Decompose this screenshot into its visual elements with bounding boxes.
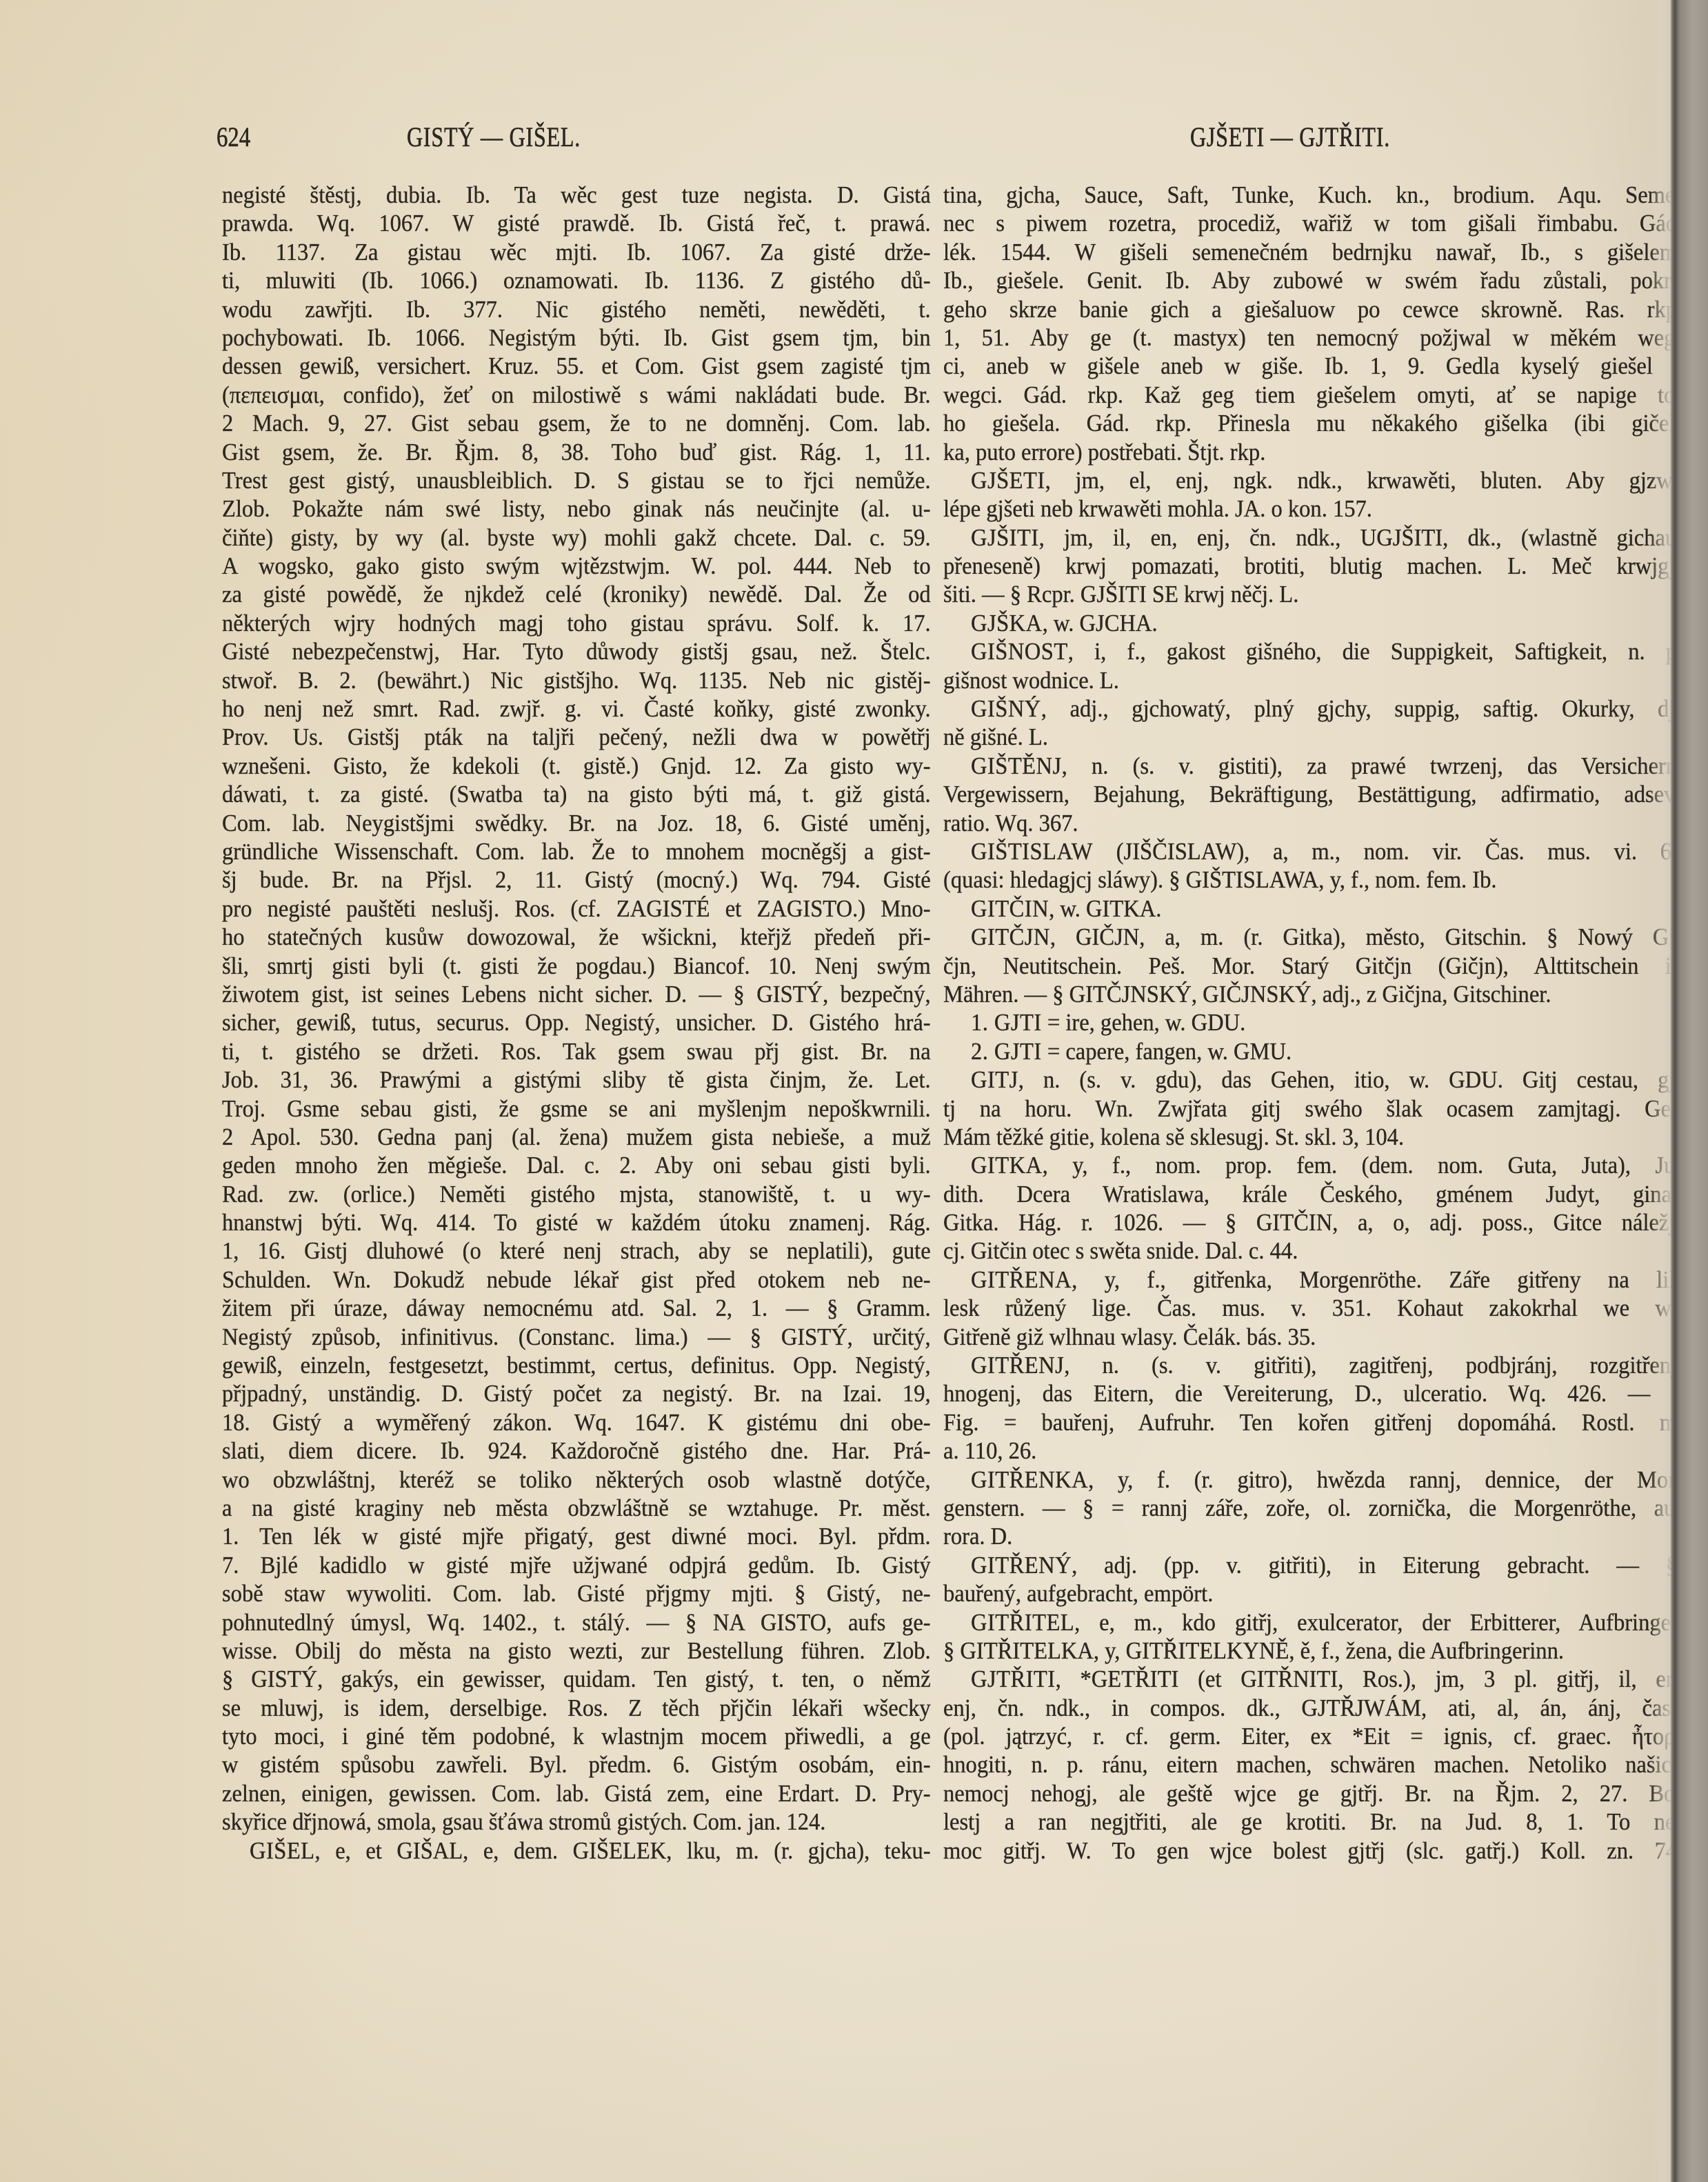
line-text: 7. Bjlé kadidlo w gisté mjře užjwané odp… xyxy=(222,1552,931,1579)
text-line: Zlob. Pokažte nám swé listy, nebo ginak … xyxy=(222,494,931,523)
line-text: lesk růžený lige. Čas. mus. v. 351. Koha… xyxy=(943,1294,1682,1321)
text-line: GITČIN, w. GITKA. xyxy=(943,894,1682,923)
line-text: dessen gewiß, versichert. Kruz. 55. et C… xyxy=(222,352,931,379)
text-line: genstern. — § = rannj záře, zoře, ol. zo… xyxy=(943,1494,1682,1522)
dictionary-entry: GITŘENKA, y, f. (r. gitro), hwězda rannj… xyxy=(943,1465,1682,1551)
text-line: šiti. — § Rcpr. GJŠITI SE krwj něčj. L. xyxy=(943,580,1682,608)
dictionary-entry: GJŠITI, jm, il, en, enj, čn. ndk., UGJŠI… xyxy=(943,523,1682,609)
line-text: w gistém spůsobu zawřeli. Byl. předm. 6.… xyxy=(222,1751,931,1778)
line-text: negisté štěstj, dubia. Ib. Ta wěc gest t… xyxy=(222,181,931,208)
text-line: tina, gjcha, Sauce, Saft, Tunke, Kuch. k… xyxy=(943,181,1682,209)
line-text: a na gisté kraginy neb města obzwláštně … xyxy=(222,1494,931,1521)
text-line: lépe gjšeti neb krwawěti mohla. JA. o ko… xyxy=(943,494,1682,523)
text-line: gewiß, einzeln, festgesetzt, bestimmt, c… xyxy=(222,1351,931,1379)
text-line: pro negisté pauštěti neslušj. Ros. (cf. … xyxy=(222,894,931,923)
line-text: , GIČJN, a, m. (r. Gitka), město, Gitsch… xyxy=(1050,923,1682,950)
line-text: (πεπεισμαι, confido), žeť on milostiwě s… xyxy=(222,381,931,408)
line-text: gišnost wodnice. L. xyxy=(943,667,1119,694)
line-text: , jm, el, enj, ngk. ndk., krwawěti, blut… xyxy=(1045,467,1683,494)
dictionary-entry: GITKA, y, f., nom. prop. fem. (dem. nom.… xyxy=(943,1151,1682,1265)
line-text: ho statečných kusůw dowozowal, že wšickn… xyxy=(222,923,931,950)
headword: 1. GJTI xyxy=(971,1009,1042,1036)
text-line: wodu zawřjti. Ib. 377. Nic gistého nemět… xyxy=(222,295,931,323)
dictionary-entry: GJTŘITI, *GETŘITI (et GITŘNITI, Ros.), j… xyxy=(943,1665,1682,1865)
line-text: 2 Mach. 9, 27. Gist sebau gsem, že to ne… xyxy=(222,410,931,437)
headword: GITČIN xyxy=(971,895,1049,922)
page-number: 624 xyxy=(217,121,250,153)
line-text: (pol. jątrzyć, r. cf. germ. Eiter, ex *E… xyxy=(943,1723,1682,1750)
text-line: wo obzwláštnj, kteréž se toliko některýc… xyxy=(222,1465,931,1494)
text-line: 2 Apol. 530. Gedna panj (al. žena) mužem… xyxy=(222,1123,931,1151)
line-text: a. 110, 26. xyxy=(943,1437,1036,1464)
line-text: šj bude. Br. na Přjsl. 2, 11. Gistý (moc… xyxy=(222,866,931,893)
line-text: = capere, fangen, w. GMU. xyxy=(1042,1038,1292,1065)
line-text: bauřený, aufgebracht, empört. xyxy=(943,1580,1213,1607)
line-text: ka, puto errore) postřebati. Štjt. rkp. xyxy=(943,439,1265,466)
headword: GIŠTISLAW xyxy=(971,838,1093,865)
line-text: ci, aneb w gišele aneb w giše. Ib. 1, 9.… xyxy=(943,352,1682,379)
line-text: Job. 31, 36. Prawými a gistými sliby tě … xyxy=(222,1066,931,1093)
line-text: čjn, Neutitschein. Peš. Mor. Starý Gitčj… xyxy=(943,952,1682,979)
text-line: skyřice dřjnowá, smola, gsau šťáwa strom… xyxy=(222,1808,931,1836)
line-text: tyto moci, i giné těm podobné, k wlastnj… xyxy=(222,1723,931,1750)
text-line: ně gišné. L. xyxy=(943,723,1682,751)
line-text: 1, 16. Gistj dluhowé (o které nenj strac… xyxy=(222,1237,931,1264)
headword: GITKA xyxy=(971,1152,1043,1179)
text-line: tj na horu. Wn. Zwjřata gitj swého šlak … xyxy=(943,1094,1682,1123)
text-line: GITČJN, GIČJN, a, m. (r. Gitka), město, … xyxy=(943,923,1682,951)
dictionary-entry: GJŠETI, jm, el, enj, ngk. ndk., krwawěti… xyxy=(943,466,1682,523)
line-text: , i, f., gakost gišného, die Suppigkeit,… xyxy=(1068,638,1683,665)
line-text: , n. (s. v. gitřiti), zagitřenj, podbjrá… xyxy=(1064,1352,1682,1379)
text-line: Job. 31, 36. Prawými a gistými sliby tě … xyxy=(222,1065,931,1094)
line-text: rora. D. xyxy=(943,1523,1012,1550)
dictionary-entry: GITŘENJ, n. (s. v. gitřiti), zagitřenj, … xyxy=(943,1351,1682,1465)
text-line: Schulden. Wn. Dokudž nebude lékař gist p… xyxy=(222,1265,931,1294)
line-text: = ire, gehen, w. GDU. xyxy=(1042,1009,1246,1036)
line-text: , adj., gjchowatý, plný gjchy, suppig, s… xyxy=(1041,695,1683,722)
line-text: čiňte) gisty, by wy (al. byste wy) mohli… xyxy=(222,524,931,551)
text-line: sobě staw wywoliti. Com. lab. Gisté přjg… xyxy=(222,1579,931,1608)
line-text: Ib., giešele. Genit. Ib. Aby zubowé w sw… xyxy=(943,267,1682,294)
line-text: ho nenj než smrt. Rad. zwjř. g. vi. Čast… xyxy=(222,695,931,722)
text-line: 2. GJTI = capere, fangen, w. GMU. xyxy=(943,1037,1682,1065)
line-text: nec s piwem rozetra, procediž, wařiž w t… xyxy=(943,210,1682,237)
line-text: 1. Ten lék w gisté mjře přigatý, gest di… xyxy=(222,1523,931,1550)
text-line: gišnost wodnice. L. xyxy=(943,666,1682,694)
line-text: Gisté nebezpečenstwj, Har. Tyto důwody g… xyxy=(222,638,931,665)
line-text: přeneseně) krwj pomazati, brotiti, bluti… xyxy=(943,552,1682,579)
text-line: gründliche Wissenschaft. Com. lab. Že to… xyxy=(222,837,931,865)
dictionary-entry: GIŠEL, e, et GIŠAL, e, dem. GIŠELEK, lku… xyxy=(222,1836,931,1865)
text-line: geho skrze banie gich a giešaluow po cew… xyxy=(943,295,1682,323)
line-text: , *GETŘITI (et GITŘNITI, Ros.), jm, 3 pl… xyxy=(1056,1665,1683,1692)
text-line: Mám těžké gitie, kolena sě sklesugj. St.… xyxy=(943,1123,1682,1151)
line-text: sicher, gewiß, tutus, securus. Opp. Negi… xyxy=(222,1009,931,1036)
line-text: Prov. Us. Gistšj pták na taljři pečený, … xyxy=(222,723,931,750)
headword: GJŠITI xyxy=(971,524,1039,551)
text-line: stwoř. B. 2. (bewährt.) Nic gistšjho. Wq… xyxy=(222,666,931,694)
dictionary-entry: GITČJN, GIČJN, a, m. (r. Gitka), město, … xyxy=(943,923,1682,1008)
line-text: nemocj nehogj, ale geště wjce ge gjtřj. … xyxy=(943,1780,1682,1807)
line-text: Troj. Gsme sebau gisti, že gsme se ani m… xyxy=(222,1095,931,1122)
line-text: § GITŘITELKA, y, GITŘITELKYNĚ, ě, f., že… xyxy=(943,1637,1564,1664)
line-text: lék. 1544. W gišeli semenečném bedrnjku … xyxy=(943,239,1682,266)
text-line: § GISTÝ, gakýs, ein gewisser, quidam. Te… xyxy=(222,1665,931,1693)
line-text: přjpadný, unständig. D. Gistý počet za n… xyxy=(222,1380,931,1407)
headword: GIŠNOST xyxy=(971,638,1068,665)
line-text: Gitka. Hág. r. 1026. — § GITČIN, a, o, a… xyxy=(943,1209,1682,1236)
line-text: ně gišné. L. xyxy=(943,723,1048,750)
dictionary-entry: 2. GJTI = capere, fangen, w. GMU. xyxy=(943,1037,1682,1065)
line-text: , y, f. (r. gitro), hwězda rannj, dennic… xyxy=(1088,1466,1682,1493)
text-line: enj, čn. ndk., in compos. dk., GJTŘJWÁM,… xyxy=(943,1694,1682,1722)
text-line: Ib., giešele. Genit. Ib. Aby zubowé w sw… xyxy=(943,266,1682,294)
text-line: § GITŘITELKA, y, GITŘITELKYNĚ, ě, f., že… xyxy=(943,1636,1682,1665)
text-line: Gisté nebezpečenstwj, Har. Tyto důwody g… xyxy=(222,637,931,665)
text-line: negisté štěstj, dubia. Ib. Ta wěc gest t… xyxy=(222,181,931,209)
text-line: GITJ, n. (s. v. gdu), das Gehen, itio, w… xyxy=(943,1065,1682,1094)
text-line: čjn, Neutitschein. Peš. Mor. Starý Gitčj… xyxy=(943,952,1682,980)
line-text: wodu zawřjti. Ib. 377. Nic gistého nemět… xyxy=(222,296,931,323)
text-line: 2 Mach. 9, 27. Gist sebau gsem, že to ne… xyxy=(222,409,931,437)
text-line: žiwotem gist, ist seines Lebens nicht si… xyxy=(222,980,931,1008)
line-text: , w. GITKA. xyxy=(1049,895,1161,922)
line-text: Gist gsem, že. Br. Řjm. 8, 38. Toho buď … xyxy=(222,439,931,466)
text-line: nec s piwem rozetra, procediž, wařiž w t… xyxy=(943,209,1682,237)
headword: 2. GJTI xyxy=(971,1038,1042,1065)
headword: GJTŘITI xyxy=(971,1665,1056,1692)
line-text: za gisté powědě, že njkdež celé (kroniky… xyxy=(222,581,931,608)
text-line: (quasi: hledagjcj sláwy). § GIŠTISLAWA, … xyxy=(943,865,1682,894)
line-text: § GISTÝ, gakýs, ein gewisser, quidam. Te… xyxy=(222,1665,931,1692)
line-text: dith. Dcera Wratislawa, krále Českého, g… xyxy=(943,1181,1682,1208)
text-line: a. 110, 26. xyxy=(943,1437,1682,1465)
text-line: lék. 1544. W gišeli semenečném bedrnjku … xyxy=(943,238,1682,266)
line-text: geden mnoho žen měgieše. Dal. c. 2. Aby … xyxy=(222,1152,931,1179)
text-line: Vergewissern, Bejahung, Bekräftigung, Be… xyxy=(943,780,1682,808)
text-line: ratio. Wq. 367. xyxy=(943,809,1682,837)
line-text: A wogsko, gako gisto swým wjtězstwjm. W.… xyxy=(222,552,931,579)
text-line: Ib. 1137. Za gistau wěc mjti. Ib. 1067. … xyxy=(222,238,931,266)
text-line: ho statečných kusůw dowozowal, že wšickn… xyxy=(222,923,931,951)
line-text: , jm, il, en, enj, čn. ndk., UGJŠITI, dk… xyxy=(1039,524,1683,551)
text-line: Rad. zw. (orlice.) Neměti gistého mjsta,… xyxy=(222,1180,931,1208)
text-line: (pol. jątrzyć, r. cf. germ. Eiter, ex *E… xyxy=(943,1722,1682,1750)
headword: GIŠEL xyxy=(250,1837,315,1864)
line-text: lépe gjšeti neb krwawěti mohla. JA. o ko… xyxy=(943,495,1372,522)
text-line: geden mnoho žen měgieše. Dal. c. 2. Aby … xyxy=(222,1151,931,1179)
line-text: sobě staw wywoliti. Com. lab. Gisté přjg… xyxy=(222,1580,931,1607)
text-line: Gist gsem, že. Br. Řjm. 8, 38. Toho buď … xyxy=(222,438,931,466)
text-line: 1. Ten lék w gisté mjře přigatý, gest di… xyxy=(222,1522,931,1550)
text-line: se mluwj, is idem, derselbige. Ros. Z tě… xyxy=(222,1694,931,1722)
text-line: rora. D. xyxy=(943,1522,1682,1550)
text-line: hnogiti, n. p. ránu, eitern machen, schw… xyxy=(943,1750,1682,1779)
text-line: ka, puto errore) postřebati. Štjt. rkp. xyxy=(943,438,1682,466)
dictionary-entry: GIŠTISLAW (JIŠČISLAW), a, m., nom. vir. … xyxy=(943,837,1682,894)
line-text: genstern. — § = rannj záře, zoře, ol. zo… xyxy=(943,1494,1682,1521)
text-line: wisse. Obilj do města na gisto wezti, zu… xyxy=(222,1636,931,1665)
text-line: šli, smrtj gisti byli (t. gisti že pogda… xyxy=(222,952,931,980)
line-text: některých wjry hodných magj toho gistau … xyxy=(222,610,931,637)
text-line: pochybowati. Ib. 1066. Negistým býti. Ib… xyxy=(222,323,931,352)
headword: GITŘENA xyxy=(971,1266,1072,1293)
dictionary-entry: 1. GJTI = ire, gehen, w. GDU. xyxy=(943,1008,1682,1037)
dictionary-entry: GITŘENÝ, adj. (pp. v. gitřiti), in Eiter… xyxy=(943,1551,1682,1608)
line-text: 18. Gistý a wyměřený zákon. Wq. 1647. K … xyxy=(222,1409,931,1436)
line-text: , y, f., nom. prop. fem. (dem. nom. Guta… xyxy=(1043,1152,1683,1179)
dictionary-entry: negisté štěstj, dubia. Ib. Ta wěc gest t… xyxy=(222,181,931,1836)
text-line: nemocj nehogj, ale geště wjce ge gjtřj. … xyxy=(943,1779,1682,1808)
text-line: dáwati, t. za gisté. (Swatba ta) na gist… xyxy=(222,780,931,808)
text-line: a na gisté kraginy neb města obzwláštně … xyxy=(222,1494,931,1522)
text-line: wznešeni. Gisto, že kdekoli (t. gistě.) … xyxy=(222,752,931,780)
dictionary-entry: GIŠNÝ, adj., gjchowatý, plný gjchy, supp… xyxy=(943,694,1682,752)
text-line: zelnen, einigen, gewissen. Com. lab. Gis… xyxy=(222,1779,931,1808)
text-line: tyto moci, i giné těm podobné, k wlastnj… xyxy=(222,1722,931,1750)
line-text: , y, f., gitřenka, Morgenröthe. Záře git… xyxy=(1072,1266,1682,1293)
text-line: A wogsko, gako gisto swým wjtězstwjm. W.… xyxy=(222,552,931,580)
text-line: hnogenj, das Eitern, die Vereiterung, D.… xyxy=(943,1379,1682,1408)
left-column: negisté štěstj, dubia. Ib. Ta wěc gest t… xyxy=(222,181,931,1865)
line-text: ratio. Wq. 367. xyxy=(943,810,1078,837)
headword: GITŘITEL xyxy=(971,1609,1074,1636)
text-line: (πεπεισμαι, confido), žeť on milostiwě s… xyxy=(222,381,931,409)
text-line: lesk růžený lige. Čas. mus. v. 351. Koha… xyxy=(943,1294,1682,1322)
text-line: Gitka. Hág. r. 1026. — § GITČIN, a, o, a… xyxy=(943,1208,1682,1237)
line-text: slati, diem dicere. Ib. 924. Každoročně … xyxy=(222,1437,931,1464)
text-line: GIŠTĚNJ, n. (s. v. gistiti), za prawé tw… xyxy=(943,752,1682,780)
text-line: GJTŘITI, *GETŘITI (et GITŘNITI, Ros.), j… xyxy=(943,1665,1682,1693)
line-text: wo obzwláštnj, kteréž se toliko některýc… xyxy=(222,1466,931,1493)
running-header: 624 GISTÝ — GIŠEL. GJŠETI — GJTŘITI. xyxy=(0,121,1708,153)
right-column: tina, gjcha, Sauce, Saft, Tunke, Kuch. k… xyxy=(943,181,1682,1865)
page-binding-shadow xyxy=(1649,0,1708,2182)
line-text: 1, 51. Aby ge (t. mastyx) ten nemocný po… xyxy=(943,324,1682,351)
line-text: ti, t. gistého se držeti. Ros. Tak gsem … xyxy=(222,1038,931,1065)
line-text: pro negisté pauštěti neslušj. Ros. (cf. … xyxy=(222,895,931,922)
text-line: GIŠNÝ, adj., gjchowatý, plný gjchy, supp… xyxy=(943,694,1682,723)
text-line: slati, diem dicere. Ib. 924. Každoročně … xyxy=(222,1437,931,1465)
text-line: 1. GJTI = ire, gehen, w. GDU. xyxy=(943,1008,1682,1037)
text-line: 18. Gistý a wyměřený zákon. Wq. 1647. K … xyxy=(222,1408,931,1437)
text-line: ho nenj než smrt. Rad. zwjř. g. vi. Čast… xyxy=(222,694,931,723)
line-text: Ib. 1137. Za gistau wěc mjti. Ib. 1067. … xyxy=(222,239,931,266)
line-text: zelnen, einigen, gewissen. Com. lab. Gis… xyxy=(222,1780,931,1807)
line-text: gewiß, einzeln, festgesetzt, bestimmt, c… xyxy=(222,1352,931,1379)
running-head-left: GISTÝ — GIŠEL. xyxy=(407,121,581,153)
line-text: (quasi: hledagjcj sláwy). § GIŠTISLAWA, … xyxy=(943,866,1497,893)
line-text: geho skrze banie gich a giešaluow po cew… xyxy=(943,296,1682,323)
text-line: prawda. Wq. 1067. W gisté prawdě. Ib. Gi… xyxy=(222,209,931,237)
line-text: Rad. zw. (orlice.) Neměti gistého mjsta,… xyxy=(222,1181,931,1208)
text-line: w gistém spůsobu zawřeli. Byl. předm. 6.… xyxy=(222,1750,931,1779)
dictionary-entry: GJŠKA, w. GJCHA. xyxy=(943,609,1682,637)
line-text: enj, čn. ndk., in compos. dk., GJTŘJWÁM,… xyxy=(943,1694,1682,1721)
text-line: GITŘENÝ, adj. (pp. v. gitřiti), in Eiter… xyxy=(943,1551,1682,1579)
line-text: tj na horu. Wn. Zwjřata gitj swého šlak … xyxy=(943,1095,1682,1122)
text-line: Mähren. — § GITČJNSKÝ, GIČJNSKÝ, adj., z… xyxy=(943,980,1682,1008)
text-line: wegci. Gád. rkp. Kaž geg tiem giešelem o… xyxy=(943,381,1682,409)
line-text: Fig. = bauřenj, Aufruhr. Ten kořen gitře… xyxy=(943,1409,1682,1436)
line-text: šiti. — § Rcpr. GJŠITI SE krwj něčj. L. xyxy=(943,581,1298,608)
line-text: dáwati, t. za gisté. (Swatba ta) na gist… xyxy=(222,781,931,808)
line-text: Negistý způsob, infinitivus. (Constanc. … xyxy=(222,1323,931,1350)
headword: GITŘENKA xyxy=(971,1466,1088,1493)
text-line: GJŠKA, w. GJCHA. xyxy=(943,609,1682,637)
line-text: stwoř. B. 2. (bewährt.) Nic gistšjho. Wq… xyxy=(222,667,931,694)
text-line: některých wjry hodných magj toho gistau … xyxy=(222,609,931,637)
line-text: ti, mluwiti (Ib. 1066.) oznamowati. Ib. … xyxy=(222,267,931,294)
text-line: žitem při úraze, dáway nemocnému atd. Sa… xyxy=(222,1294,931,1322)
text-line: čiňte) gisty, by wy (al. byste wy) mohli… xyxy=(222,523,931,552)
text-line: dith. Dcera Wratislawa, krále Českého, g… xyxy=(943,1180,1682,1208)
headword: GITJ xyxy=(971,1066,1018,1093)
dictionary-entry: GITŘITEL, e, m., kdo gitřj, exulcerator,… xyxy=(943,1608,1682,1665)
text-line: 7. Bjlé kadidlo w gisté mjře užjwané odp… xyxy=(222,1551,931,1579)
dictionary-entry: GITJ, n. (s. v. gdu), das Gehen, itio, w… xyxy=(943,1065,1682,1151)
headword: GJŠKA xyxy=(971,610,1043,637)
text-line: pohnutedlný úmysl, Wq. 1402., t. stálý. … xyxy=(222,1608,931,1636)
text-line: GITŘITEL, e, m., kdo gitřj, exulcerator,… xyxy=(943,1608,1682,1636)
text-line: ci, aneb w gišele aneb w giše. Ib. 1, 9.… xyxy=(943,352,1682,380)
line-text: hnanstwj býti. Wq. 414. To gisté w každé… xyxy=(222,1209,931,1236)
text-line: Troj. Gsme sebau gisti, že gsme se ani m… xyxy=(222,1094,931,1123)
headword: GJŠETI xyxy=(971,467,1045,494)
line-text: Schulden. Wn. Dokudž nebude lékař gist p… xyxy=(222,1266,931,1293)
text-line: ho giešela. Gád. rkp. Přinesla mu někaké… xyxy=(943,409,1682,437)
text-line: přeneseně) krwj pomazati, brotiti, bluti… xyxy=(943,552,1682,580)
text-line: sicher, gewiß, tutus, securus. Opp. Negi… xyxy=(222,1008,931,1037)
line-text: ho giešela. Gád. rkp. Přinesla mu někaké… xyxy=(943,410,1682,437)
headword: GIŠTĚNJ xyxy=(971,752,1062,779)
text-line: GITŘENJ, n. (s. v. gitřiti), zagitřenj, … xyxy=(943,1351,1682,1379)
dictionary-entry: tina, gjcha, Sauce, Saft, Tunke, Kuch. k… xyxy=(943,181,1682,466)
headword: GITČJN xyxy=(971,923,1050,950)
text-line: dessen gewiß, versichert. Kruz. 55. et C… xyxy=(222,352,931,380)
text-line: Fig. = bauřenj, Aufruhr. Ten kořen gitře… xyxy=(943,1408,1682,1437)
text-line: GIŠTISLAW (JIŠČISLAW), a, m., nom. vir. … xyxy=(943,837,1682,865)
line-text: , e, m., kdo gitřj, exulcerator, der Erb… xyxy=(1074,1609,1682,1636)
line-text: Mám těžké gitie, kolena sě sklesugj. St.… xyxy=(943,1123,1404,1150)
line-text: Vergewissern, Bejahung, Bekräftigung, Be… xyxy=(943,781,1682,808)
line-text: , adj. (pp. v. gitřiti), in Eiterung geb… xyxy=(1072,1552,1682,1579)
line-text: žitem při úraze, dáway nemocnému atd. Sa… xyxy=(222,1294,931,1321)
line-text: moc gitřj. W. To gen wjce bolest gjtřj (… xyxy=(943,1837,1682,1864)
running-head-right: GJŠETI — GJTŘITI. xyxy=(1190,121,1390,153)
line-text: gründliche Wissenschaft. Com. lab. Že to… xyxy=(222,838,931,865)
line-text: , e, et GIŠAL, e, dem. GIŠELEK, lku, m. … xyxy=(315,1837,931,1864)
text-line: za gisté powědě, že njkdež celé (kroniky… xyxy=(222,580,931,608)
line-text: wegci. Gád. rkp. Kaž geg tiem giešelem o… xyxy=(943,381,1682,408)
text-line: Prov. Us. Gistšj pták na taljři pečený, … xyxy=(222,723,931,751)
text-line: GIŠEL, e, et GIŠAL, e, dem. GIŠELEK, lku… xyxy=(222,1836,931,1865)
text-line: přjpadný, unständig. D. Gistý počet za n… xyxy=(222,1379,931,1408)
line-text: Zlob. Pokažte nám swé listy, nebo ginak … xyxy=(222,495,931,522)
line-text: cj. Gitčin otec s swěta snide. Dal. c. 4… xyxy=(943,1237,1298,1264)
headword: GIŠNÝ xyxy=(971,695,1041,722)
line-text: Com. lab. Neygistšjmi swědky. Br. na Joz… xyxy=(222,810,931,837)
headword: GITŘENJ xyxy=(971,1352,1064,1379)
dictionary-entry: GITŘENA, y, f., gitřenka, Morgenröthe. Z… xyxy=(943,1265,1682,1351)
line-text: se mluwj, is idem, derselbige. Ros. Z tě… xyxy=(222,1694,931,1721)
line-text: lestj a ran negjtřiti, ale ge krotiti. B… xyxy=(943,1808,1682,1835)
line-text: , n. (s. v. gdu), das Gehen, itio, w. GD… xyxy=(1018,1066,1683,1093)
line-text: 2 Apol. 530. Gedna panj (al. žena) mužem… xyxy=(222,1123,931,1150)
line-text: pochybowati. Ib. 1066. Negistým býti. Ib… xyxy=(222,324,931,351)
text-line: GJŠITI, jm, il, en, enj, čn. ndk., UGJŠI… xyxy=(943,523,1682,552)
text-line: ti, mluwiti (Ib. 1066.) oznamowati. Ib. … xyxy=(222,266,931,294)
line-text: skyřice dřjnowá, smola, gsau šťáwa strom… xyxy=(222,1808,825,1835)
dictionary-entry: GIŠNOST, i, f., gakost gišného, die Supp… xyxy=(943,637,1682,694)
line-text: wznešeni. Gisto, že kdekoli (t. gistě.) … xyxy=(222,752,931,779)
line-text: pohnutedlný úmysl, Wq. 1402., t. stálý. … xyxy=(222,1609,931,1636)
text-line: GITŘENKA, y, f. (r. gitro), hwězda rannj… xyxy=(943,1465,1682,1494)
text-line: Negistý způsob, infinitivus. (Constanc. … xyxy=(222,1323,931,1351)
line-text: tina, gjcha, Sauce, Saft, Tunke, Kuch. k… xyxy=(943,181,1682,208)
line-text: žiwotem gist, ist seines Lebens nicht si… xyxy=(222,981,931,1008)
line-text: wisse. Obilj do města na gisto wezti, zu… xyxy=(222,1637,931,1664)
text-line: lestj a ran negjtřiti, ale ge krotiti. B… xyxy=(943,1808,1682,1836)
line-text: Mähren. — § GITČJNSKÝ, GIČJNSKÝ, adj., z… xyxy=(943,981,1551,1008)
line-text: , w. GJCHA. xyxy=(1043,610,1158,637)
text-line: GITŘENA, y, f., gitřenka, Morgenröthe. Z… xyxy=(943,1265,1682,1294)
text-line: cj. Gitčin otec s swěta snide. Dal. c. 4… xyxy=(943,1237,1682,1265)
text-line: Trest gest gistý, unausbleiblich. D. S g… xyxy=(222,466,931,494)
line-text: , n. (s. v. gistiti), za prawé twrzenj, … xyxy=(1062,752,1683,779)
dictionary-entry: GITČIN, w. GITKA. xyxy=(943,894,1682,923)
text-line: GIŠNOST, i, f., gakost gišného, die Supp… xyxy=(943,637,1682,665)
text-line: GJŠETI, jm, el, enj, ngk. ndk., krwawěti… xyxy=(943,466,1682,494)
text-line: hnanstwj býti. Wq. 414. To gisté w každé… xyxy=(222,1208,931,1237)
text-line: moc gitřj. W. To gen wjce bolest gjtřj (… xyxy=(943,1836,1682,1865)
headword: GITŘENÝ xyxy=(971,1552,1072,1579)
text-line: 1, 16. Gistj dluhowé (o které nenj strac… xyxy=(222,1237,931,1265)
text-line: šj bude. Br. na Přjsl. 2, 11. Gistý (moc… xyxy=(222,865,931,894)
line-text: (JIŠČISLAW), a, m., nom. vir. Čas. mus. … xyxy=(1093,838,1682,865)
line-text: Trest gest gistý, unausbleiblich. D. S g… xyxy=(222,467,931,494)
text-line: Gitřeně giž wlhnau wlasy. Čelák. bás. 35… xyxy=(943,1323,1682,1351)
dictionary-entry: GIŠTĚNJ, n. (s. v. gistiti), za prawé tw… xyxy=(943,752,1682,837)
line-text: šli, smrtj gisti byli (t. gisti že pogda… xyxy=(222,952,931,979)
text-line: ti, t. gistého se držeti. Ros. Tak gsem … xyxy=(222,1037,931,1065)
line-text: hnogenj, das Eitern, die Vereiterung, D.… xyxy=(943,1380,1682,1407)
text-line: bauřený, aufgebracht, empört. xyxy=(943,1579,1682,1608)
text-line: 1, 51. Aby ge (t. mastyx) ten nemocný po… xyxy=(943,323,1682,352)
text-line: GITKA, y, f., nom. prop. fem. (dem. nom.… xyxy=(943,1151,1682,1179)
text-line: Com. lab. Neygistšjmi swědky. Br. na Joz… xyxy=(222,809,931,837)
line-text: Gitřeně giž wlhnau wlasy. Čelák. bás. 35… xyxy=(943,1323,1316,1350)
line-text: hnogiti, n. p. ránu, eitern machen, schw… xyxy=(943,1751,1682,1778)
line-text: prawda. Wq. 1067. W gisté prawdě. Ib. Gi… xyxy=(222,210,931,237)
